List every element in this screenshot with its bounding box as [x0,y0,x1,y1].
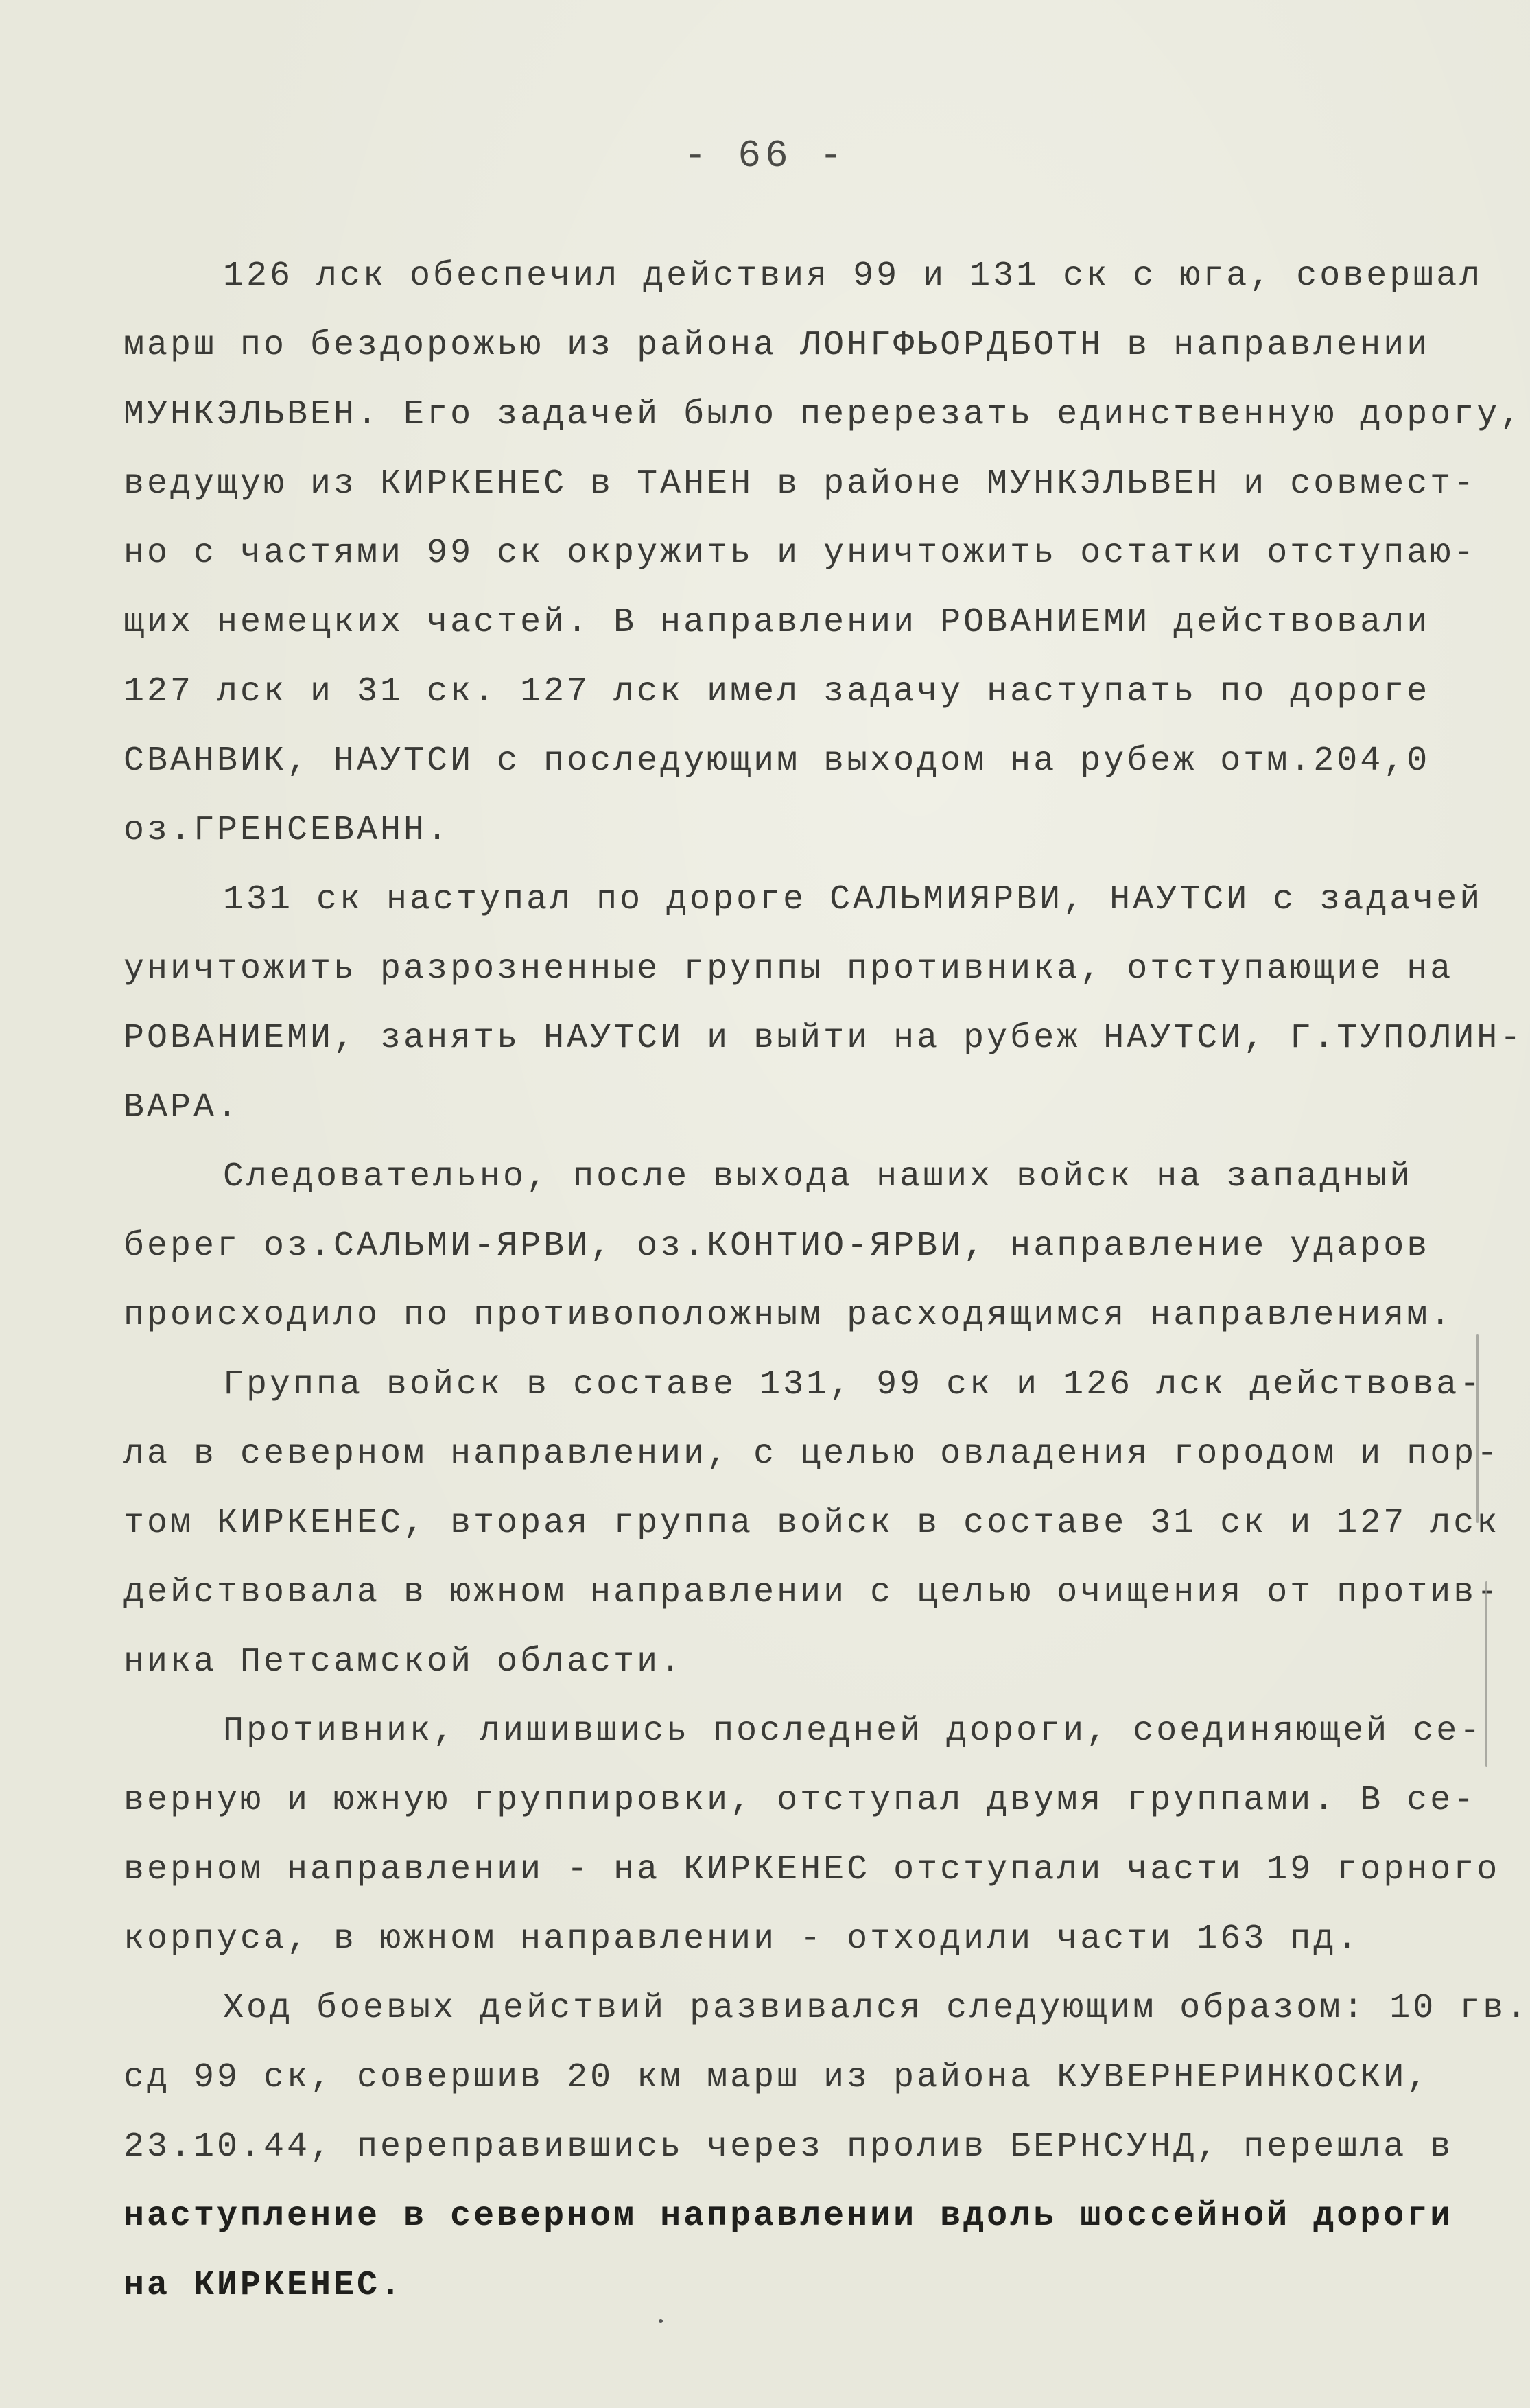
body-text: 126 лск обеспечил действия 99 и 131 ск с… [123,241,1503,2320]
text-line: верном направлении - на КИРКЕНЕС отступа… [123,1835,1503,1904]
text-line: но с частями 99 ск окружить и уничтожить… [123,519,1503,588]
text-line: 131 ск наступал по дороге САЛЬМИЯРВИ, НА… [123,865,1503,934]
text-line: ВАРА. [123,1073,1503,1142]
text-line: сд 99 ск, совершив 20 км марш из района … [123,2043,1503,2112]
text-line: 23.10.44, переправившись через пролив БЕ… [123,2112,1503,2182]
text-line: 126 лск обеспечил действия 99 и 131 ск с… [123,241,1503,311]
text-line: щих немецких частей. В направлении РОВАН… [123,588,1503,657]
text-line: марш по бездорожью из района ЛОНГФЬОРДБО… [123,311,1503,380]
text-line: ника Петсамской области. [123,1627,1503,1697]
text-line: 127 лск и 31 ск. 127 лск имел задачу нас… [123,657,1503,727]
text-line: Следовательно, после выхода наших войск … [123,1142,1503,1212]
text-line: происходило по противоположным расходящи… [123,1281,1503,1350]
ink-speck [659,2319,663,2323]
text-line: наступление в северном направлении вдоль… [123,2182,1503,2251]
text-line: Ход боевых действий развивался следующим… [123,1974,1503,2043]
text-line: том КИРКЕНЕС, вторая группа войск в сост… [123,1489,1503,1558]
text-line: корпуса, в южном направлении - отходили … [123,1904,1503,1974]
text-line: уничтожить разрозненные группы противник… [123,934,1503,1004]
page-number: - 66 - [0,134,1530,178]
text-line: СВАНВИК, НАУТСИ с последующим выходом на… [123,727,1503,796]
text-line: берег оз.САЛЬМИ-ЯРВИ, оз.КОНТИО-ЯРВИ, на… [123,1212,1503,1281]
text-line: оз.ГРЕНСЕВАНН. [123,796,1503,865]
margin-pencil-mark [1485,1581,1487,1767]
text-line: действовала в южном направлении с целью … [123,1558,1503,1627]
text-line: Противник, лишившись последней дороги, с… [123,1697,1503,1766]
text-line: ведущую из КИРКЕНЕС в ТАНЕН в районе МУН… [123,449,1503,519]
text-line: на КИРКЕНЕС. [123,2251,1503,2320]
margin-pencil-mark [1476,1334,1479,1523]
text-line: РОВАНИЕМИ, занять НАУТСИ и выйти на рубе… [123,1004,1503,1073]
typewritten-page: - 66 - 126 лск обеспечил действия 99 и 1… [0,0,1530,2408]
text-line: ла в северном направлении, с целью овлад… [123,1419,1503,1489]
text-line: верную и южную группировки, отступал дву… [123,1766,1503,1835]
text-line: МУНКЭЛЬВЕН. Его задачей было перерезать … [123,380,1503,449]
text-line: Группа войск в составе 131, 99 ск и 126 … [123,1350,1503,1419]
